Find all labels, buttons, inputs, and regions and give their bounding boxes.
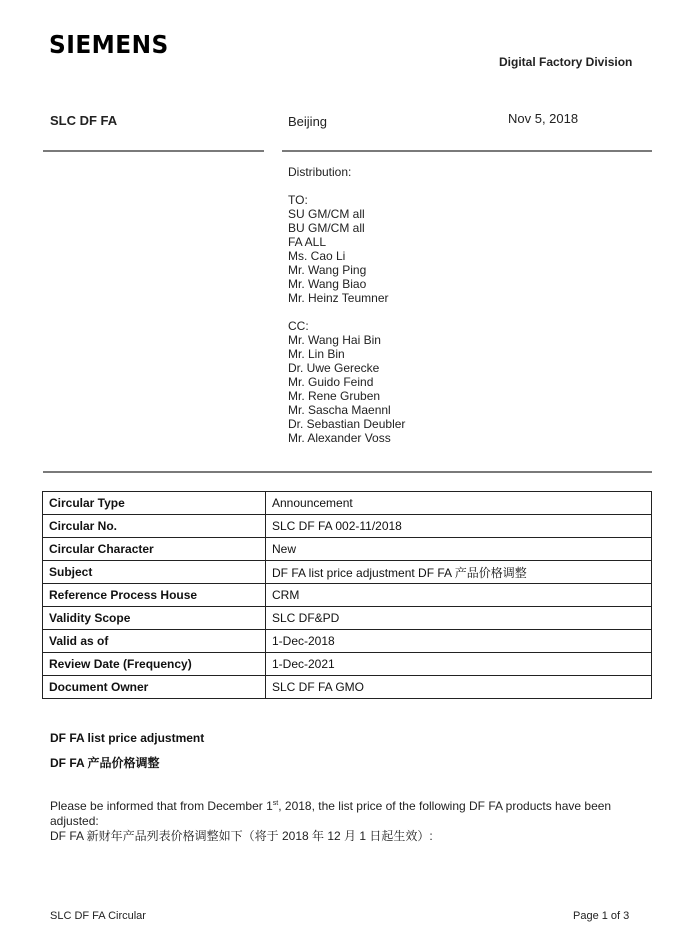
to-recipient: Mr. Wang Ping	[288, 263, 405, 277]
to-recipient: BU GM/CM all	[288, 221, 405, 235]
distribution-title: Distribution:	[288, 165, 405, 179]
meta-key: Circular Type	[43, 492, 266, 515]
distribution-rule	[43, 471, 652, 473]
cc-recipient: Dr. Sebastian Deubler	[288, 417, 405, 431]
cc-list: Mr. Wang Hai BinMr. Lin BinDr. Uwe Gerec…	[288, 333, 405, 445]
circular-meta-table: Circular TypeAnnouncementCircular No.SLC…	[42, 491, 652, 699]
meta-key: Reference Process House	[43, 584, 266, 607]
table-row: Document OwnerSLC DF FA GMO	[43, 676, 652, 699]
meta-value: SLC DF&PD	[266, 607, 652, 630]
city: Beijing	[288, 114, 327, 129]
division-name: Digital Factory Division	[499, 55, 632, 69]
table-row: Reference Process HouseCRM	[43, 584, 652, 607]
to-label: TO:	[288, 193, 405, 207]
header-rule-right	[282, 150, 652, 152]
cc-label: CC:	[288, 319, 405, 333]
to-recipient: Mr. Heinz Teumner	[288, 291, 405, 305]
table-row: Review Date (Frequency)1-Dec-2021	[43, 653, 652, 676]
table-row: Circular No.SLC DF FA 002-11/2018	[43, 515, 652, 538]
meta-value: SLC DF FA GMO	[266, 676, 652, 699]
meta-value: 1-Dec-2018	[266, 630, 652, 653]
siemens-logo: SIEMENS	[49, 30, 169, 59]
distribution-block: Distribution: TO: SU GM/CM allBU GM/CM a…	[288, 165, 405, 445]
meta-value: New	[266, 538, 652, 561]
section-heading-cn: DF FA 产品价格调整	[50, 754, 160, 771]
cc-recipient: Mr. Sascha Maennl	[288, 403, 405, 417]
para-text-cn: DF FA 新财年产品列表价格调整如下（将于 2018 年 12 月 1 日起生…	[50, 829, 433, 843]
cc-recipient: Dr. Uwe Gerecke	[288, 361, 405, 375]
meta-value: SLC DF FA 002-11/2018	[266, 515, 652, 538]
cc-recipient: Mr. Rene Gruben	[288, 389, 405, 403]
cc-recipient: Mr. Alexander Voss	[288, 431, 405, 445]
meta-value: CRM	[266, 584, 652, 607]
cc-recipient: Mr. Lin Bin	[288, 347, 405, 361]
meta-key: Subject	[43, 561, 266, 584]
meta-key: Circular Character	[43, 538, 266, 561]
document-date: Nov 5, 2018	[508, 111, 578, 126]
cc-recipient: Mr. Wang Hai Bin	[288, 333, 405, 347]
sender-unit: SLC DF FA	[50, 113, 117, 128]
to-recipient: SU GM/CM all	[288, 207, 405, 221]
meta-key: Circular No.	[43, 515, 266, 538]
meta-key: Valid as of	[43, 630, 266, 653]
table-row: Valid as of1-Dec-2018	[43, 630, 652, 653]
meta-value: 1-Dec-2021	[266, 653, 652, 676]
to-recipient: Mr. Wang Biao	[288, 277, 405, 291]
cc-recipient: Mr. Guido Feind	[288, 375, 405, 389]
table-row: Validity ScopeSLC DF&PD	[43, 607, 652, 630]
to-recipient: Ms. Cao Li	[288, 249, 405, 263]
to-recipient: FA ALL	[288, 235, 405, 249]
meta-key: Document Owner	[43, 676, 266, 699]
table-row: Circular CharacterNew	[43, 538, 652, 561]
announcement-paragraph: Please be informed that from December 1s…	[50, 796, 650, 844]
para-text-1: Please be informed that from December 1	[50, 799, 273, 813]
footer-title: SLC DF FA Circular	[50, 910, 146, 922]
table-row: SubjectDF FA list price adjustment DF FA…	[43, 561, 652, 584]
meta-value: Announcement	[266, 492, 652, 515]
table-row: Circular TypeAnnouncement	[43, 492, 652, 515]
to-list: SU GM/CM allBU GM/CM allFA ALLMs. Cao Li…	[288, 207, 405, 305]
header-rule-left	[43, 150, 264, 152]
meta-value: DF FA list price adjustment DF FA 产品价格调整	[266, 561, 652, 584]
page-number: Page 1 of 3	[573, 910, 629, 922]
meta-key: Review Date (Frequency)	[43, 653, 266, 676]
section-heading-en: DF FA list price adjustment	[50, 731, 204, 745]
meta-key: Validity Scope	[43, 607, 266, 630]
